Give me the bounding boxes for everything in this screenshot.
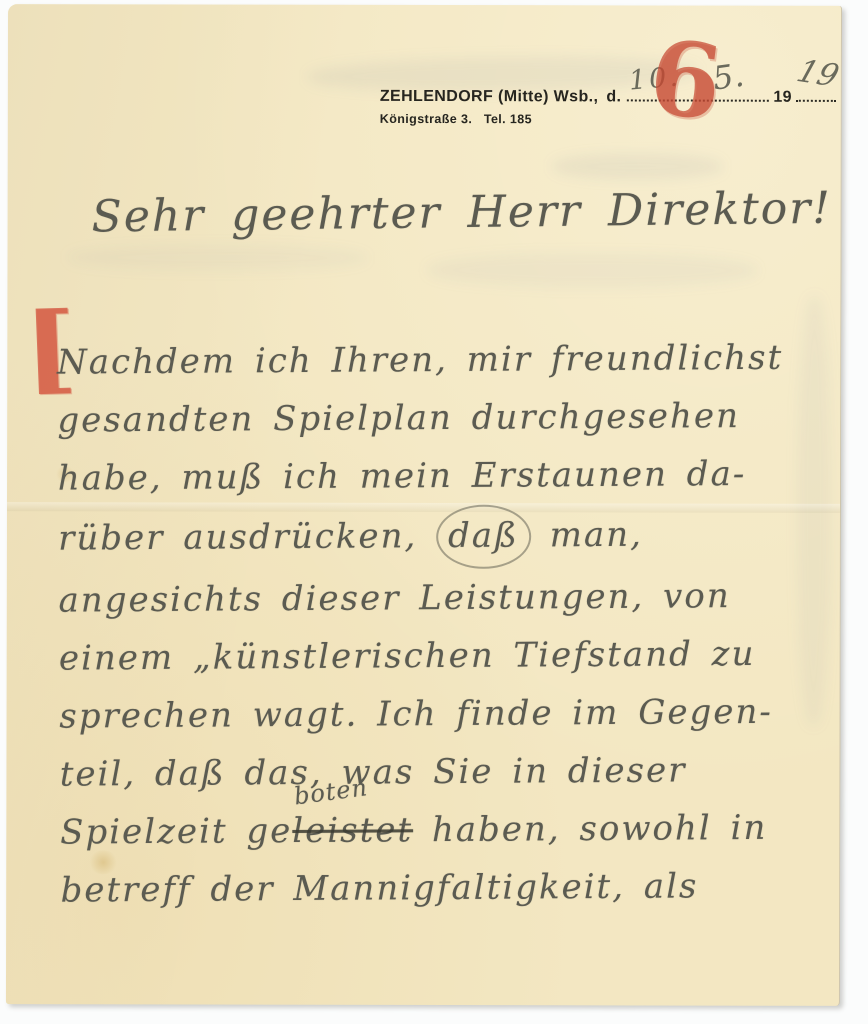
- line-text: man,: [531, 515, 643, 556]
- line-text: angesichts dieser Leistungen, von: [58, 576, 730, 620]
- struck-word: leistet: [292, 810, 413, 851]
- line-text: betreff der Mannigfaltigkeit, als: [60, 866, 698, 910]
- handwritten-line: rüber ausdrücken, daß man,: [58, 502, 828, 571]
- bleed-through-mark: [427, 253, 757, 288]
- line-text: Nachdem ich Ihren, mir freundlichst: [57, 338, 783, 383]
- letterhead-address: Königstraße 3. Tel. 185: [380, 112, 836, 127]
- letterhead-date-line: ZEHLENDORF (Mitte) Wsb., d. 10. 5. 19 19: [380, 83, 836, 107]
- line-text: teil, daß das, was Sie in dieser: [60, 750, 687, 794]
- letterhead: ZEHLENDORF (Mitte) Wsb., d. 10. 5. 19 19…: [380, 83, 836, 127]
- letterhead-date-label: d.: [606, 88, 621, 106]
- circled-word: daß: [436, 504, 531, 569]
- letterhead-year-prefix: 19: [773, 89, 792, 107]
- year-dotted-line: 19: [796, 84, 836, 102]
- line-text: rüber ausdrücken,: [58, 516, 436, 559]
- letterhead-place: ZEHLENDORF (Mitte) Wsb.,: [380, 88, 599, 106]
- red-crayon-number: 6: [644, 26, 727, 136]
- line-text: einem „künstlerischen Tiefstand zu: [59, 634, 756, 679]
- handwritten-line: einem „künstlerischen Tiefstand zu: [59, 624, 829, 687]
- handwritten-line: gesandten Spielplan durchgesehen: [57, 386, 827, 449]
- bleed-through-mark: [67, 244, 367, 271]
- handwritten-line: Spielzeit geleistetboten haben, sowohl i…: [60, 798, 830, 861]
- handwritten-year: 19: [793, 54, 844, 94]
- handwritten-line: sprechen wagt. Ich finde im Gegen-: [59, 682, 829, 745]
- scanned-letter: ZEHLENDORF (Mitte) Wsb., d. 10. 5. 19 19…: [0, 0, 868, 1024]
- letter-body: Nachdem ich Ihren, mir freundlichst gesa…: [57, 328, 831, 919]
- line-text: habe, muß ich mein Erstaunen da-: [58, 454, 747, 499]
- handwritten-line: betreff der Mannigfaltigkeit, als: [60, 856, 830, 919]
- line-text: Spielzeit ge: [60, 811, 292, 853]
- letter-paper: ZEHLENDORF (Mitte) Wsb., d. 10. 5. 19 19…: [6, 4, 842, 1006]
- handwritten-line: habe, muß ich mein Erstaunen da-: [58, 444, 828, 507]
- salutation: Sehr geehrter Herr Direktor!: [91, 183, 832, 243]
- line-text: gesandten Spielplan durchgesehen: [57, 396, 740, 441]
- bleed-through-mark: [553, 153, 723, 179]
- inserted-word: boten: [293, 775, 370, 808]
- corrected-word: leistetboten: [292, 801, 413, 860]
- line-text: haben, sowohl in: [413, 808, 767, 850]
- line-text: sprechen wagt. Ich finde im Gegen-: [59, 692, 773, 737]
- handwritten-line: teil, daß das, was Sie in dieser: [60, 740, 830, 803]
- handwritten-line: angesichts dieser Leistungen, von: [58, 566, 828, 629]
- handwritten-line: Nachdem ich Ihren, mir freundlichst: [57, 328, 827, 391]
